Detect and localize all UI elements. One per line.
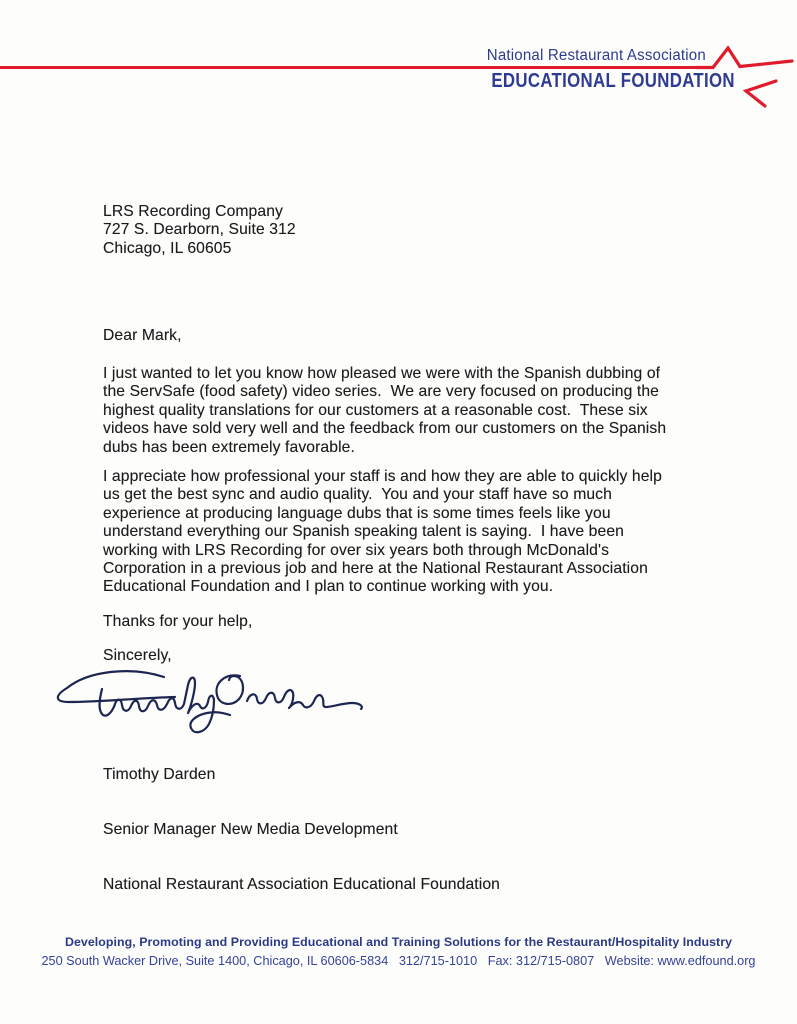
body-paragraph-1: I just wanted to let you know how please… bbox=[103, 365, 733, 457]
signer-name: Timothy Darden bbox=[103, 766, 500, 784]
recipient-address: LRS Recording Company 727 S. Dearborn, S… bbox=[103, 203, 296, 258]
body-paragraph-2: I appreciate how professional your staff… bbox=[103, 468, 733, 597]
footer-tagline: Developing, Promoting and Providing Educ… bbox=[0, 935, 797, 949]
org-name: National Restaurant Association bbox=[487, 47, 706, 65]
scanned-letter-page: National Restaurant Association EDUCATIO… bbox=[0, 0, 797, 1024]
salutation: Dear Mark, bbox=[103, 327, 182, 345]
signer-organization: National Restaurant Association Educatio… bbox=[103, 876, 500, 894]
brand-rule-line bbox=[0, 66, 712, 69]
signature-block: Timothy Darden Senior Manager New Media … bbox=[103, 729, 500, 931]
signer-title: Senior Manager New Media Development bbox=[103, 821, 500, 839]
star-logo-icon bbox=[690, 42, 795, 112]
pre-closing: Thanks for your help, bbox=[103, 613, 252, 631]
footer-address-line: 250 South Wacker Drive, Suite 1400, Chic… bbox=[0, 954, 797, 968]
